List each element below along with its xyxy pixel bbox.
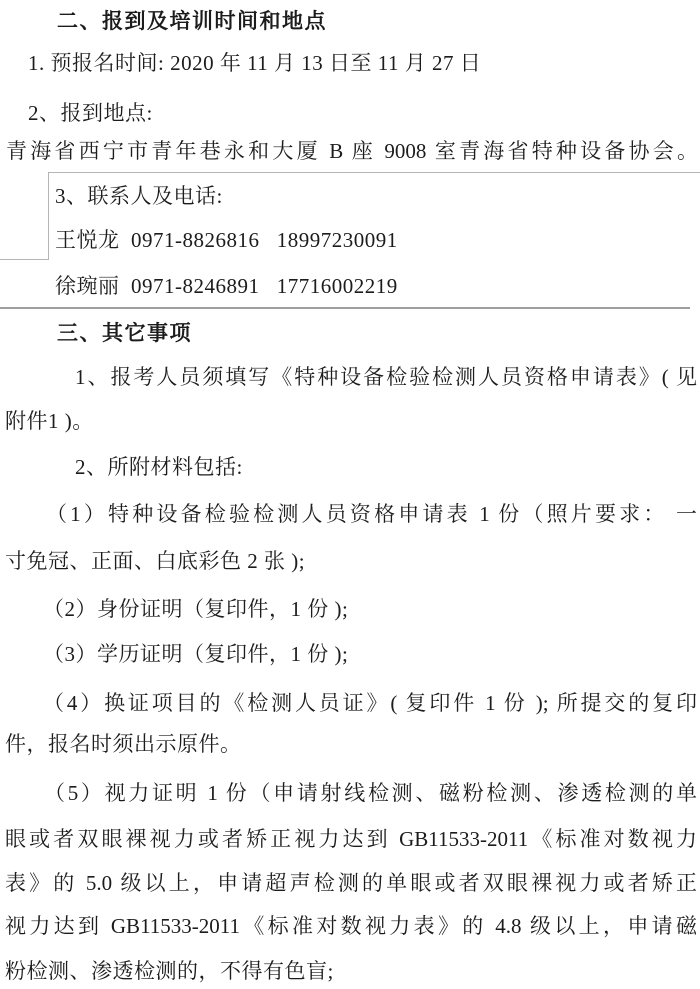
contact-table-border-bottom-left [0, 259, 48, 260]
material5-line5: 粉检测、渗透检测的，不得有色盲; [5, 958, 334, 985]
document-page: 二、报到及培训时间和地点 1. 预报名时间: 2020 年 11 月 13 日至… [0, 0, 700, 989]
section-divider-line [0, 307, 690, 309]
item1-line1: 1、报考人员须填写《特种设备检验检测人员资格申请表》( 见 [75, 364, 697, 391]
pre-registration-time: 1. 预报名时间: 2020 年 11 月 13 日至 11 月 27 日 [28, 50, 481, 77]
material5-line4: 视力达到 GB11533-2011《标准对数视力表》的 4.8 级以上，申请磁 [5, 913, 697, 940]
section2-heading: 二、报到及培训时间和地点 [57, 8, 327, 35]
material5-line2: 眼或者双眼裸视力或者矫正视力达到 GB11533-2011《标准对数视力 [5, 826, 697, 853]
material1-line1: （1）特种设备检验检测人员资格申请表 1 份（照片要求： 一 [46, 501, 697, 528]
material4-line1: （4）换证项目的《检测人员证》( 复印件 1 份 ); 所提交的复印 [43, 690, 697, 717]
material5-line3: 表》的 5.0 级以上，申请超声检测的单眼或者双眼裸视力或者矫正 [5, 870, 697, 897]
material2: （2）身份证明（复印件，1 份 ); [43, 596, 348, 623]
item2-label: 2、所附材料包括: [75, 454, 243, 481]
report-location: 青海省西宁市青年巷永和大厦 B 座 9008 室青海省特种设备协会。 [6, 138, 698, 165]
material3: （3）学历证明（复印件，1 份 ); [43, 641, 348, 668]
contact-table-border-left [48, 172, 49, 260]
contact-row-1: 王悦龙 0971-8826816 18997230091 [55, 227, 398, 254]
contacts-label: 3、联系人及电话: [55, 183, 223, 210]
material5-line1: （5）视力证明 1 份（申请射线检测、磁粉检测、渗透检测的单 [44, 780, 697, 807]
report-location-label: 2、报到地点: [28, 100, 153, 127]
material1-line2: 寸免冠、正面、白底彩色 2 张 ); [5, 548, 305, 575]
item1-line2: 附件1 )。 [5, 408, 94, 435]
section3-heading: 三、其它事项 [57, 320, 192, 347]
material4-line2: 件，报名时须出示原件。 [5, 731, 242, 758]
contact-table-border-top [48, 172, 700, 173]
contact-row-2: 徐琬丽 0971-8246891 17716002219 [55, 273, 398, 300]
